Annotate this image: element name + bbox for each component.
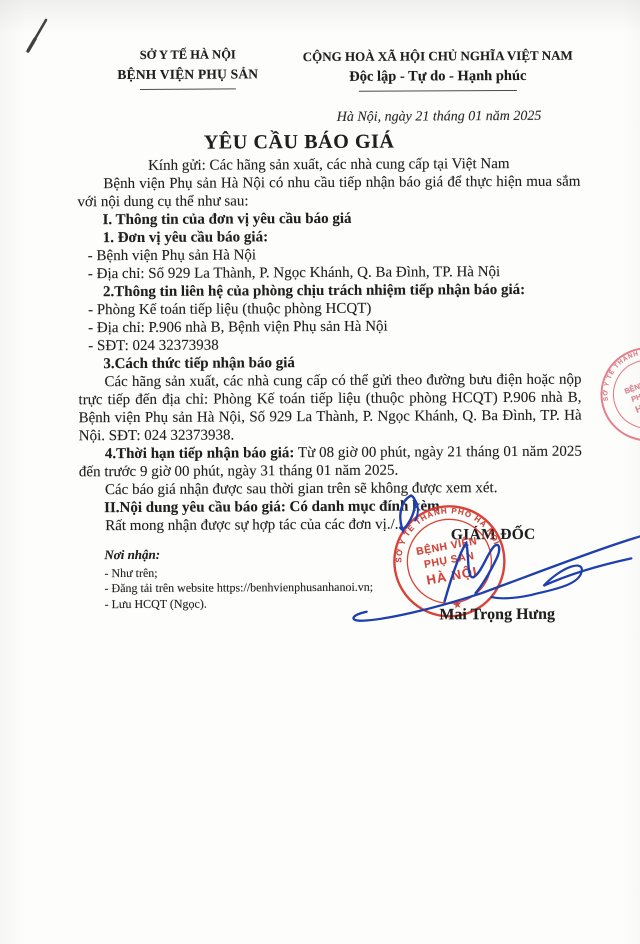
header-left-underline [140,89,236,91]
document-content: SỞ Y TẾ HÀ NỘI BỆNH VIỆN PHỤ SẢN CỘNG HO… [0,0,640,944]
item-3-paragraph: Các hãng sản xuất, các nhà cung cấp có t… [78,371,581,446]
signature-long-flourish [353,536,640,621]
org-header-right: CỘNG HOÀ XÃ HỘI CHỦ NGHĨA VIỆT NAM Độc l… [282,46,594,93]
header-right-underline [359,90,517,92]
org-parent-name: SỞ Y TẾ HÀ NỘI [99,45,277,65]
scanned-document-page: SỞ Y TẾ HÀ NỘI BỆNH VIỆN PHỤ SẢN CỘNG HO… [0,0,640,944]
initial-squiggle [400,496,415,532]
org-header-left: SỞ Y TẾ HÀ NỘI BỆNH VIỆN PHỤ SẢN [99,45,277,90]
document-title: YÊU CẦU BÁO GIÁ [0,130,599,156]
item-4-paragraph: 4.Thời hạn tiếp nhận báo giá: Từ 08 giờ … [79,443,582,482]
document-body: Kính gửi: Các hãng sản xuất, các nhà cun… [77,155,582,536]
item-2-heading: 2.Thông tin liên hệ của phòng chịu trách… [78,281,581,302]
director-signature-ink [331,486,640,640]
signature-letterform [444,543,499,601]
national-motto-line1: CỘNG HOÀ XÃ HỘI CHỦ NGHĨA VIỆT NAM [282,46,594,67]
org-name: BỆNH VIỆN PHỤ SẢN [99,65,277,87]
partial-round-stamp: SỞ Y TẾ THÀNH PHỐ HÀ NỘI BỆNH VIỆN PHỤ S… [583,330,640,458]
intro-paragraph: Bệnh viện Phụ sản Hà Nội có nhu cầu tiếp… [77,173,580,212]
item-4-heading: 4.Thời hạn tiếp nhận báo giá: [105,445,295,462]
dateline: Hà Nội, ngày 21 tháng 01 năm 2025 [314,109,564,126]
national-motto-line2: Độc lập - Tự do - Hạnh phúc [282,65,594,88]
